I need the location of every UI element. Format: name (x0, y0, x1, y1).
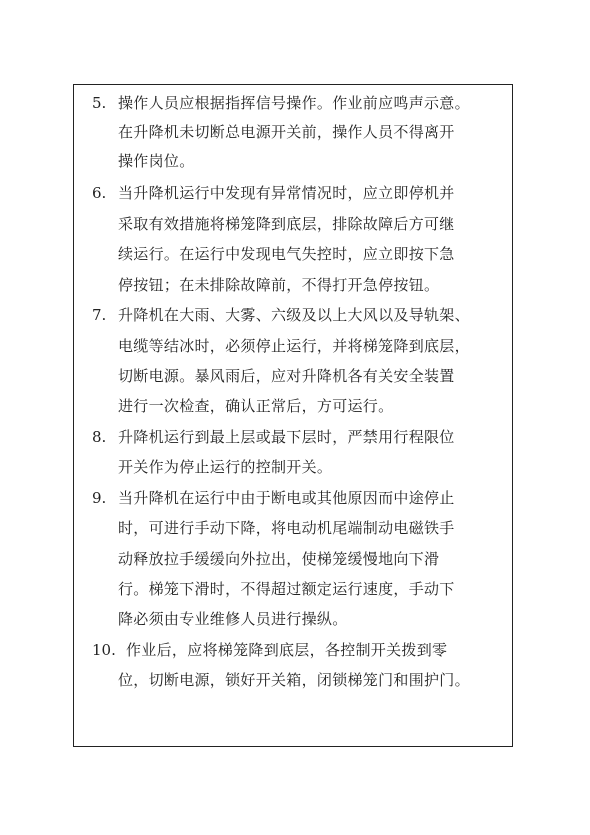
item-number-10: 10. (92, 641, 116, 659)
item-6-line-2: 采取有效措施将梯笼降到底层，排除故障后方可继 (118, 215, 455, 233)
item-7-line-2: 电缆等结冰时，必须停止运行，并将梯笼降到底层， (118, 337, 470, 355)
item-6-line-1: 当升降机运行中发现有异常情况时，应立即停机并 (118, 184, 455, 202)
item-9-line-1: 当升降机在运行中由于断电或其他原因而中途停止 (118, 489, 455, 507)
item-number-8: 8. (92, 428, 106, 446)
item-9-line-4: 行。梯笼下滑时，不得超过额定运行速度，手动下 (118, 580, 455, 598)
item-number-7: 7. (92, 306, 106, 324)
document-box: 5. 操作人员应根据指挥信号操作。作业前应鸣声示意。 在升降机未切断总电源开关前… (73, 84, 513, 747)
item-7-line-4: 进行一次检查，确认正常后，方可运行。 (118, 397, 393, 415)
item-6-line-3: 续运行。在运行中发现电气失控时，应立即按下急 (118, 245, 455, 263)
item-9-line-5: 降必须由专业维修人员进行操纵。 (118, 610, 348, 628)
item-7-line-3: 切断电源。暴风雨后，应对升降机各有关安全装置 (118, 367, 455, 385)
item-9-line-3: 动释放拉手缓缓向外拉出，使梯笼缓慢地向下滑 (118, 550, 439, 568)
item-5-line-1: 操作人员应根据指挥信号操作。作业前应鸣声示意。 (118, 94, 470, 112)
item-5-line-2: 在升降机未切断总电源开关前，操作人员不得离开 (118, 123, 455, 141)
item-number-5: 5. (92, 94, 106, 112)
item-5-line-3: 操作岗位。 (118, 152, 195, 170)
item-9-line-2: 时，可进行手动下降，将电动机尾端制动电磁铁手 (118, 519, 455, 537)
item-8-line-2: 开关作为停止运行的控制开关。 (118, 458, 332, 476)
item-number-9: 9. (92, 489, 106, 507)
item-number-6: 6. (92, 184, 106, 202)
item-10-line-1: 作业后，应将梯笼降到底层，各控制开关拨到零 (126, 641, 447, 659)
item-8-line-1: 升降机运行到最上层或最下层时，严禁用行程限位 (118, 428, 455, 446)
item-7-line-1: 升降机在大雨、大雾、六级及以上大风以及导轨架、 (118, 306, 470, 324)
item-10-line-2: 位，切断电源，锁好开关箱，闭锁梯笼门和围护门。 (118, 671, 470, 689)
item-6-line-4: 停按钮；在未排除故障前，不得打开急停按钮。 (118, 276, 439, 294)
